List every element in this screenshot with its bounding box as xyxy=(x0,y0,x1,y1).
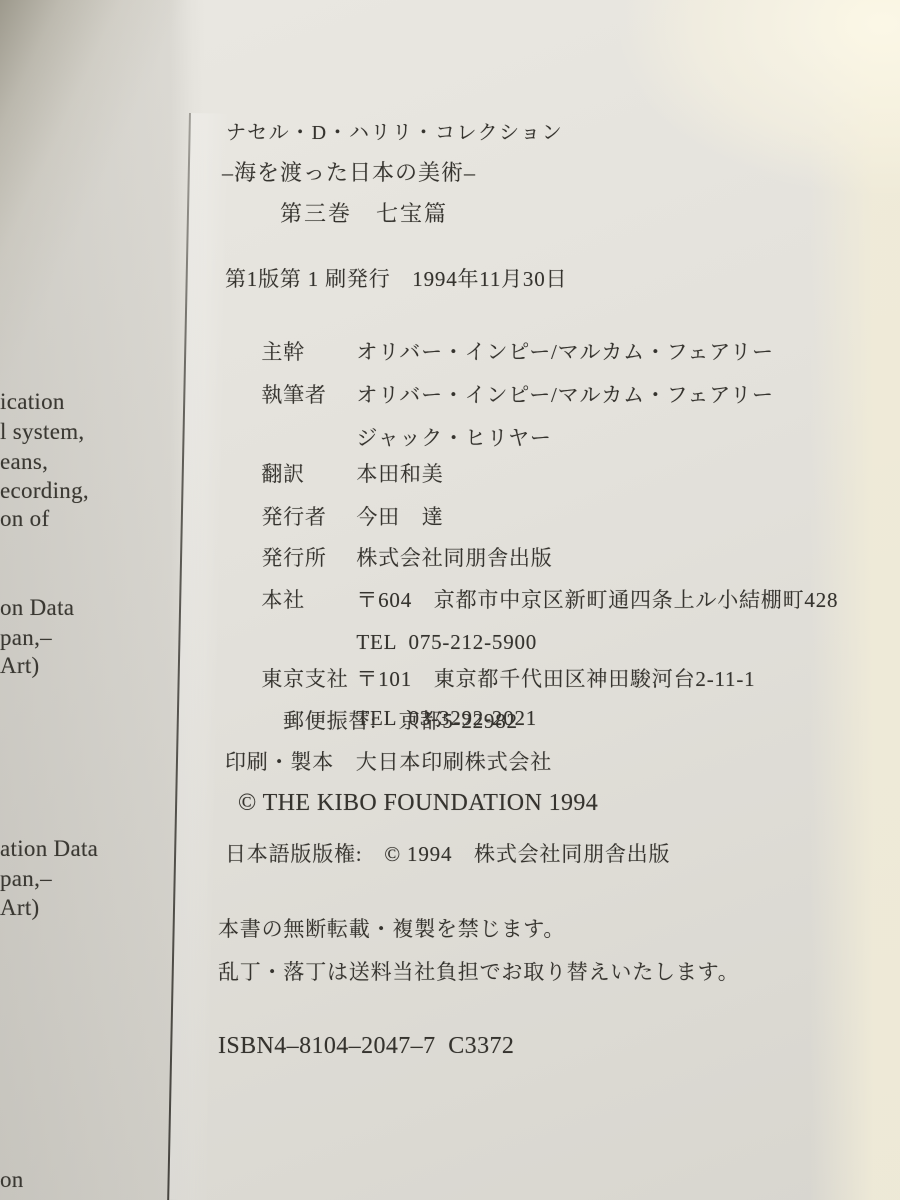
left-page-fragment: ecording, xyxy=(0,478,89,504)
copyright-english-line: © THE KIBO FOUNDATION 1994 xyxy=(238,790,598,817)
left-page-fragment: pan,– xyxy=(0,866,52,892)
book-colophon-photo: ication l system, eans, ecording, on of … xyxy=(0,0,900,1200)
isbn-line: ISBN4–8104–2047–7 C3372 xyxy=(218,1033,514,1060)
printer-line: 印刷・製本 大日本印刷株式会社 xyxy=(225,748,552,776)
left-page-fragment: Art) xyxy=(0,895,40,921)
book-subtitle: –海を渡った日本の美術– xyxy=(222,159,476,187)
postal-transfer-line: 郵便振替: 京都5-22982 xyxy=(283,707,518,735)
left-page-fragment: on xyxy=(0,1167,24,1193)
no-reproduction-notice: 本書の無断転載・複製を禁じます。 xyxy=(218,915,565,943)
left-page-fragment: pan,– xyxy=(0,625,52,651)
left-page-fragment: ation Data xyxy=(0,836,98,862)
left-page-fragment: eans, xyxy=(0,449,48,475)
left-page-fragment: ication xyxy=(0,389,65,415)
left-page-fragment: on of xyxy=(0,506,49,532)
defective-copy-notice: 乱丁・落丁は送料当社負担でお取り替えいたします。 xyxy=(218,958,740,986)
volume-title: 第三巻 七宝篇 xyxy=(280,200,448,228)
book-title: ナセル・D・ハリリ・コレクション xyxy=(226,119,563,147)
left-page-fragment: l system, xyxy=(0,419,84,445)
copyright-japanese-line: 日本語版版権: © 1994 株式会社同朋舎出版 xyxy=(225,840,670,868)
edition-date-line: 第1版第 1 刷発行 1994年11月30日 xyxy=(225,265,567,293)
left-page-fragment: on Data xyxy=(0,595,74,621)
left-page-fragment: Art) xyxy=(0,653,40,679)
